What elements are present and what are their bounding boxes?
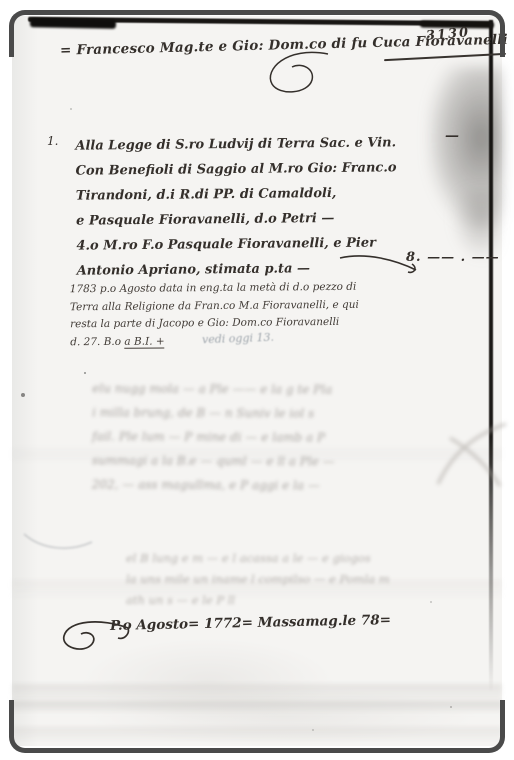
entry-line: Con Benefioli di Saggio al M.ro Gio: Fra… <box>75 155 396 183</box>
pencil-arc-mark <box>22 526 94 554</box>
paper-specks <box>12 16 14 18</box>
scan-streak-band <box>12 684 502 700</box>
bleedthrough-line: ath un s — e le P ll <box>126 590 390 611</box>
bleedthrough-line: 202, — ass magullma, e P aggi e la — <box>92 472 335 497</box>
scan-streak-band <box>12 727 502 740</box>
scan-top-edge-blob <box>30 18 116 29</box>
bleedthrough-line: la uns mile un iname l compilso — e Poml… <box>126 569 390 590</box>
note-line: 1783 p.o Agosto data in eng.ta la metà d… <box>70 279 359 299</box>
note-line4-prefix: d. 27. B.o <box>70 335 124 347</box>
bleedthrough-line: summagi a la B.e — quml — e ll a Ple — <box>92 448 335 473</box>
pencil-annotation: vedi oggi 13. <box>202 331 274 347</box>
entry-line: e Pasquale Fioravanelli, d.o Petri — <box>76 205 397 233</box>
scan-streak-band <box>12 701 502 712</box>
entry-item-number: 1. <box>47 134 58 148</box>
bleedthrough-line: i milla brung, de B — n Suniv le iol s <box>92 400 335 425</box>
note-line: resta la parte di Jacopo e Gio: Dom.co F… <box>70 314 359 334</box>
entry-line: Tirandoni, d.i R.di PP. di Camaldoli, <box>76 180 397 208</box>
bleedthrough-lower-block: el B lung e m — e l acassa a le — e giog… <box>126 548 390 611</box>
bleedthrough-line: fail. Ple lum — P mine di — e lamb a P <box>92 424 335 449</box>
scan-right-edge <box>489 20 493 692</box>
note-line4-underlined: a B.I. + <box>124 335 164 348</box>
title-loop-flourish <box>262 48 346 98</box>
entry-end-swash <box>338 250 420 276</box>
margin-dash: — <box>445 128 459 144</box>
entry-amount: 8. —— . —— <box>406 250 500 265</box>
bleedthrough-line: elu nugg mola — a Ple —— e la g te Pla <box>92 376 335 401</box>
entry-line: Alla Legge di S.ro Ludvij di Terra Sac. … <box>75 130 396 158</box>
bleedthrough-flourish <box>430 418 512 490</box>
bleedthrough-line: el B lung e m — e l acassa a le — e giog… <box>126 548 390 569</box>
bleedthrough-upper-block: elu nugg mola — a Ple —— e la g te Pla i… <box>92 376 335 497</box>
